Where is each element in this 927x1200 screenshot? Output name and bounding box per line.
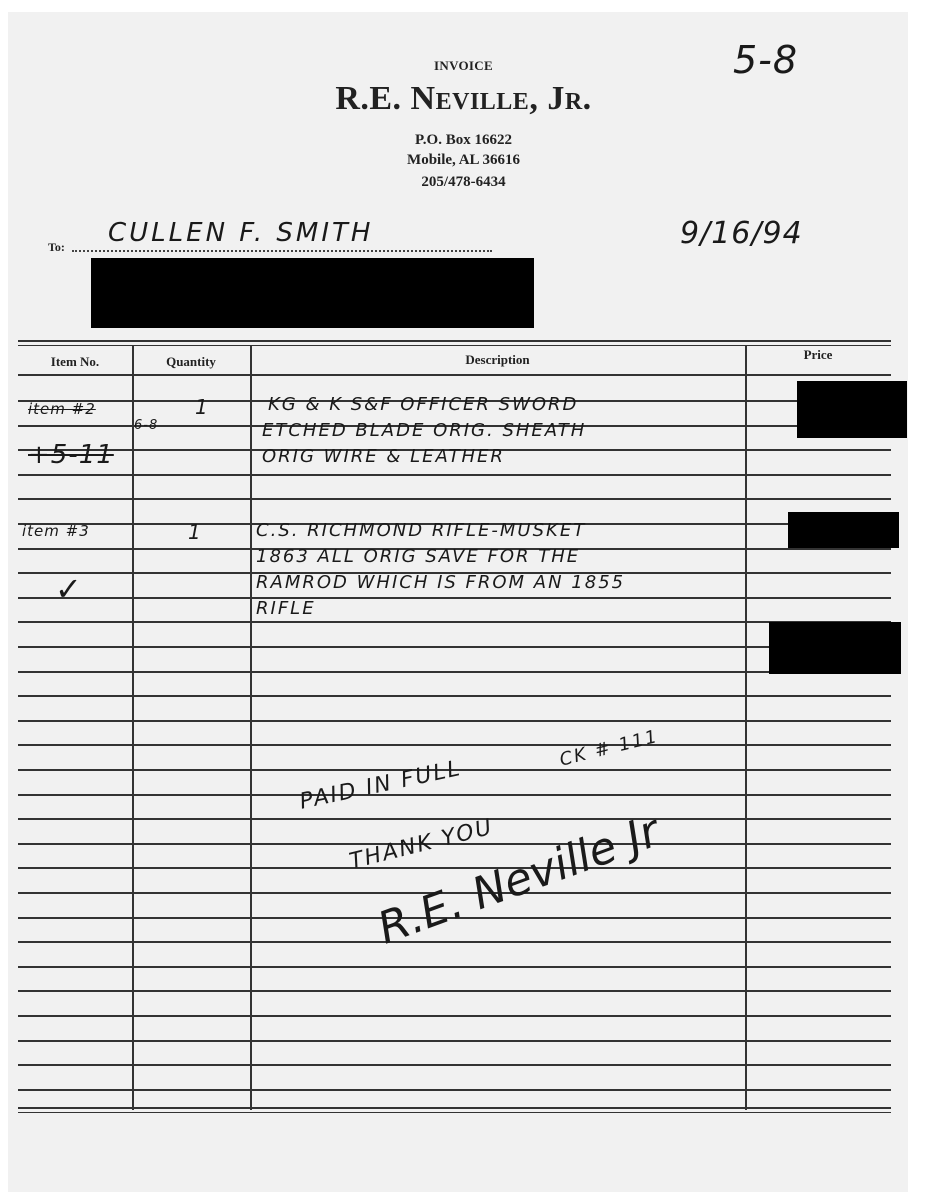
recipient-name: CULLEN F. SMITH: [108, 218, 373, 248]
table-top-border: [18, 340, 891, 342]
table-rule-line: [18, 671, 891, 673]
table-rule-line: [18, 498, 891, 500]
table-rule-line: [18, 646, 891, 648]
table-rule-line: [18, 597, 891, 599]
row-item-note: ✓: [55, 570, 83, 608]
table-rule-line: [18, 1040, 891, 1042]
row-price-redaction: [797, 381, 907, 438]
table-rule-line: [18, 621, 891, 623]
table-rule-line: [18, 695, 891, 697]
row-quantity-note: 6-8: [134, 418, 158, 433]
recipient-address-redaction: [91, 258, 534, 328]
vendor-address-line2: Mobile, AL 36616: [0, 152, 927, 169]
row-description-line: RAMROD WHICH IS FROM AN 1855: [256, 572, 625, 593]
vendor-address-line1: P.O. Box 16622: [0, 132, 927, 149]
table-rule-line: [18, 990, 891, 992]
header-quantity: Quantity: [132, 354, 250, 370]
column-divider-quantity: [250, 345, 252, 1110]
table-rule-line: [18, 966, 891, 968]
row-description-line: KG & K S&F OFFICER SWORD: [268, 394, 578, 415]
table-rule-line: [18, 474, 891, 476]
row-price-redaction: [788, 512, 899, 548]
row-item-note: +5-11: [28, 440, 114, 470]
table-rule-line: [18, 1064, 891, 1066]
table-rule-line: [18, 1089, 891, 1091]
row-description-line: C.S. RICHMOND RIFLE-MUSKET: [256, 520, 586, 541]
vendor-phone: 205/478-6434: [0, 174, 927, 191]
total-price-redaction: [769, 622, 901, 674]
table-bottom-border: [18, 1107, 891, 1109]
row-description-line: 1863 ALL ORIG SAVE FOR THE: [256, 546, 580, 567]
vendor-name: R.E. Neville, Jr.: [0, 80, 927, 118]
row-quantity: 1: [195, 395, 209, 419]
to-label: To:: [48, 240, 65, 255]
row-description-line: ORIG WIRE & LEATHER: [262, 446, 505, 467]
row-description-line: ETCHED BLADE ORIG. SHEATH: [262, 420, 586, 441]
table-header-divider: [18, 374, 891, 376]
table-rule-line: [18, 1015, 891, 1017]
row-quantity: 1: [188, 520, 202, 544]
table-top-border-inner: [18, 345, 891, 346]
to-dotted-line: [72, 250, 492, 252]
header-item-no: Item No.: [18, 354, 132, 370]
header-description: Description: [250, 352, 745, 368]
row-item-no: item #3: [22, 522, 90, 540]
row-description-line: RIFLE: [256, 598, 316, 619]
invoice-label: INVOICE: [0, 58, 927, 74]
table-rule-line: [18, 720, 891, 722]
table-bottom-border-inner: [18, 1112, 891, 1113]
row-item-no: item #2: [28, 400, 96, 418]
table-rule-line: [18, 818, 891, 820]
column-divider-item: [132, 345, 134, 1110]
table-rule-line: [18, 867, 891, 869]
table-rule-line: [18, 744, 891, 746]
table-rule-line: [18, 794, 891, 796]
table-rule-line: [18, 941, 891, 943]
header-price: Price: [745, 347, 891, 363]
invoice-date: 9/16/94: [680, 216, 803, 251]
column-divider-description: [745, 345, 747, 1110]
